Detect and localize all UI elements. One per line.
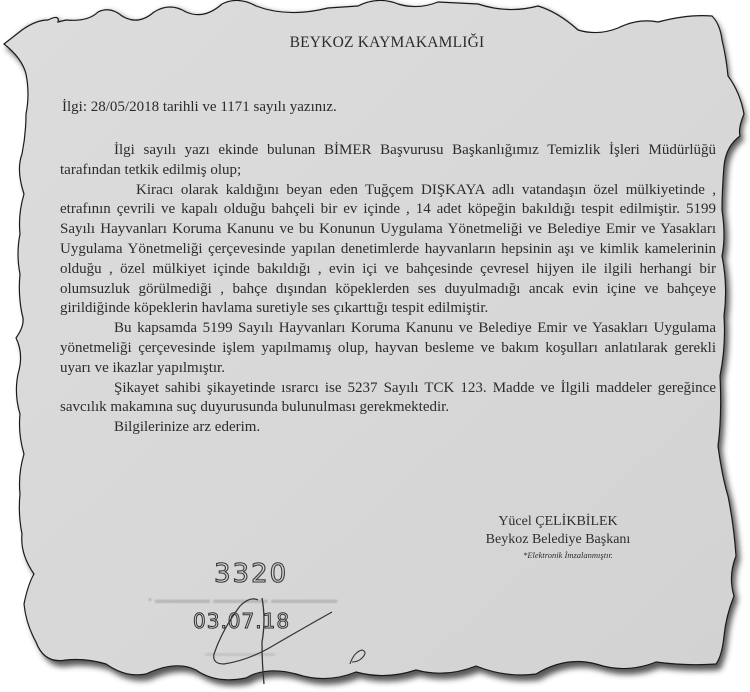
signer-title: Beykoz Belediye Başkanı xyxy=(468,531,648,549)
paragraph-complaint: Şikayet sahibi şikayetinde ısrarcı ise 5… xyxy=(60,379,716,419)
letter-header: BEYKOZ KAYMAKAMLIĞI xyxy=(12,34,750,52)
signer-name: Yücel ÇELİKBİLEK xyxy=(468,513,648,531)
signature-block: Yücel ÇELİKBİLEK Beykoz Belediye Başkanı… xyxy=(468,513,648,561)
paragraph-action: Bu kapsamda 5199 Sayılı Hayvanları Korum… xyxy=(60,319,716,378)
faded-stamp-line: ▬▬▬▬▬▬▬ xyxy=(205,648,275,659)
official-letter: BEYKOZ KAYMAKAMLIĞI İlgi: 28/05/2018 tar… xyxy=(0,0,750,692)
paragraph-intro: İlgi sayılı yazı ekinde bulunan BİMER Ba… xyxy=(60,141,716,181)
paragraph-findings: Kiracı olarak kaldığını beyan eden Tuğçe… xyxy=(60,181,716,320)
reference-line: İlgi: 28/05/2018 tarihli ve 1171 sayılı … xyxy=(62,99,337,116)
paragraph-closing: Bilgilerinize arz ederim. xyxy=(60,418,716,438)
e-signature-note: *Elektronik İmzalanmıştır. xyxy=(488,549,648,561)
handwritten-number: 3320 xyxy=(214,559,288,589)
handwritten-stroke xyxy=(262,598,264,684)
letter-body: İlgi sayılı yazı ekinde bulunan BİMER Ba… xyxy=(60,141,716,438)
handwritten-mark xyxy=(350,650,365,664)
handwritten-date: 03.07.18 xyxy=(193,609,290,633)
faded-stamp: ▪ ▬▬▬▬▬ ▬▬▬▬▬ ▬▬▬▬▬▬ xyxy=(148,594,337,606)
